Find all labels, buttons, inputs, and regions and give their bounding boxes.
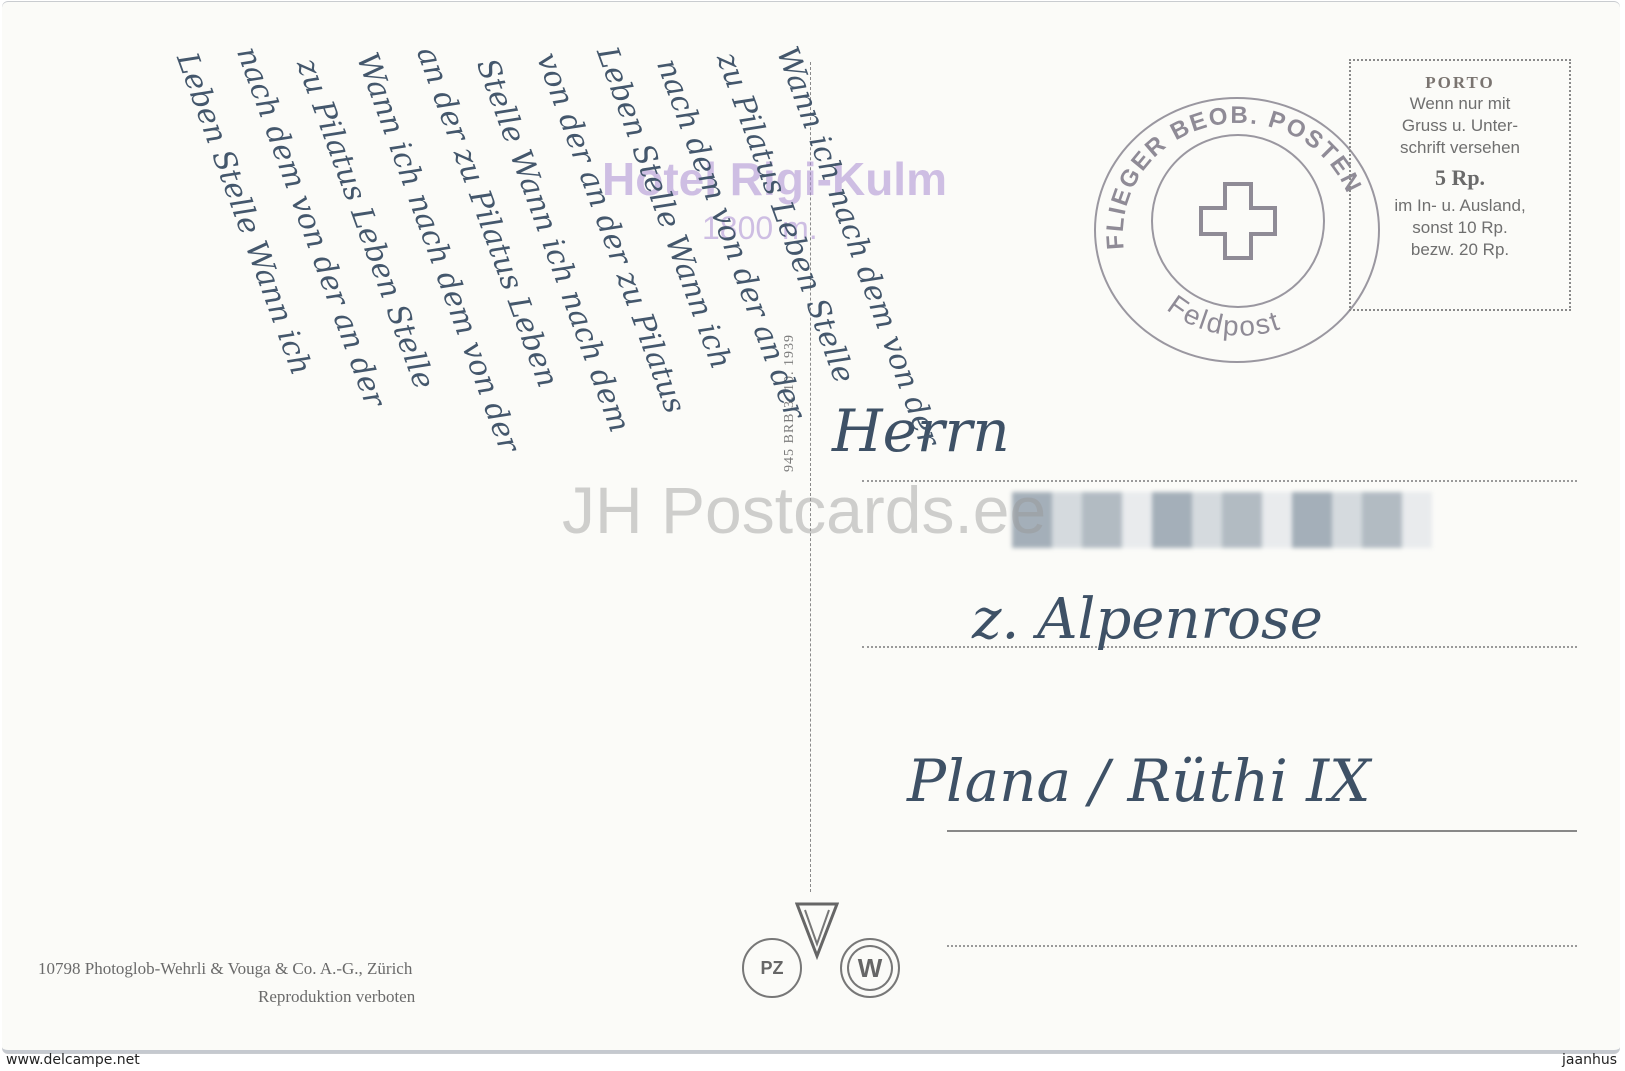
address-place: Plana / Rüthi IX [907, 747, 1370, 815]
address-line-4 [947, 945, 1577, 947]
porto-line: schrift versehen [1351, 137, 1569, 159]
address-line-alpenrose: z. Alpenrose [972, 587, 1323, 652]
reproduction-notice: Reproduktion verboten [258, 987, 415, 1007]
pixelated-recipient-name [1012, 492, 1432, 548]
address-line-3 [947, 830, 1577, 832]
porto-line: sonst 10 Rp. [1351, 217, 1569, 239]
postcard-back: 945 BRB 3. 10. 1939 Hotel Rigi-Kulm 1800… [2, 2, 1620, 1053]
feldpost-stamp: FLIEGER BEOB. POSTEN Feldpost [1094, 97, 1380, 363]
porto-line: bezw. 20 Rp. [1351, 239, 1569, 261]
w-circle-logo-icon: W [840, 938, 900, 998]
pz-globe-logo-icon: PZ [742, 938, 802, 998]
publisher-imprint: 10798 Photoglob-Wehrli & Vouga & Co. A.-… [38, 959, 412, 979]
porto-line: Gruss u. Unter- [1351, 115, 1569, 137]
v-triangle-logo-icon [795, 900, 839, 960]
porto-price: 5 Rp. [1351, 165, 1569, 191]
watermark: JH Postcards.ee [562, 472, 1046, 548]
source-delcampe: www.delcampe.net [6, 1052, 140, 1068]
porto-title: PORTO [1351, 73, 1569, 93]
seller-name: jaanhus [1562, 1052, 1617, 1068]
porto-line: im In- u. Ausland, [1351, 195, 1569, 217]
stamp-inner-ring [1151, 134, 1325, 308]
swiss-cross-icon [1195, 178, 1281, 264]
porto-box: PORTO Wenn nur mit Gruss u. Unter- schri… [1349, 59, 1571, 311]
porto-line: Wenn nur mit [1351, 93, 1569, 115]
